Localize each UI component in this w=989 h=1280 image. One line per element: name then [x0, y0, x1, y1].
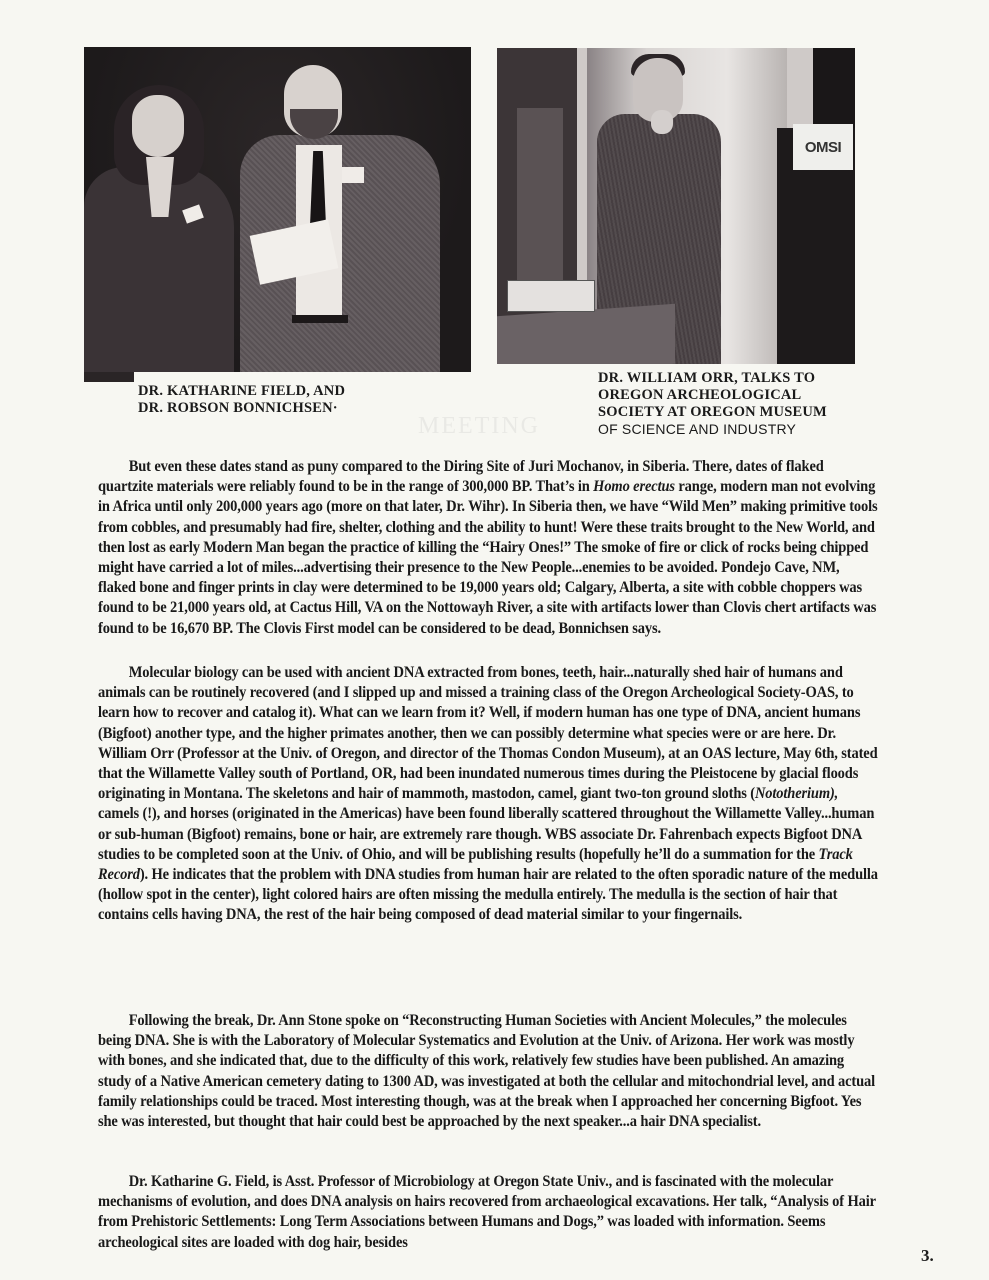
caption-line: OF SCIENCE AND INDUSTRY [598, 421, 866, 438]
italic-term: Homo erectus [593, 478, 675, 495]
bleed-through-heading: MEETING [418, 413, 540, 440]
text-run: camels (!), and horses (originated in th… [98, 805, 874, 862]
caption-line: DR. ROBSON BONNICHSEN· [138, 400, 345, 417]
omsi-sign: OMSI [793, 124, 853, 170]
article-paragraph: But even these dates stand as puny compa… [98, 457, 825, 639]
caption-line: DR. KATHARINE FIELD, AND [138, 383, 345, 400]
text-run: Dr. Katharine G. Field, is Asst. Profess… [98, 1173, 876, 1251]
page-number: 3. [921, 1246, 934, 1266]
woman-face [132, 95, 184, 157]
caption-line: OREGON ARCHEOLOGICAL [598, 387, 866, 404]
text-run: ). He indicates that the problem with DN… [98, 866, 878, 923]
article-paragraph: Following the break, Dr. Ann Stone spoke… [98, 1011, 825, 1132]
name-badge [342, 167, 364, 183]
photo-william-orr: OMSI [497, 48, 855, 364]
text-run: Following the break, Dr. Ann Stone spoke… [98, 1012, 875, 1130]
photo-edge [84, 372, 134, 382]
door-panel [517, 108, 563, 308]
italic-term: Nototherium), [755, 785, 838, 802]
caption-line: DR. WILLIAM ORR, TALKS TO [598, 370, 866, 387]
article-paragraph: Molecular biology can be used with ancie… [98, 663, 825, 926]
photo-caption-right: DR. WILLIAM ORR, TALKS TO OREGON ARCHEOL… [592, 367, 866, 438]
photo-caption-left: DR. KATHARINE FIELD, AND DR. ROBSON BONN… [134, 381, 349, 417]
article-paragraph: Dr. Katharine G. Field, is Asst. Profess… [98, 1172, 825, 1253]
text-run: Molecular biology can be used with ancie… [98, 664, 878, 802]
book [507, 280, 595, 312]
caption-line: SOCIETY AT OREGON MUSEUM [598, 404, 866, 421]
photo-field-bonnichsen [84, 47, 471, 372]
belt [292, 315, 348, 323]
speaker-hand-microphone [651, 110, 673, 134]
text-run: range, modern man not evolving in Africa… [98, 478, 877, 636]
